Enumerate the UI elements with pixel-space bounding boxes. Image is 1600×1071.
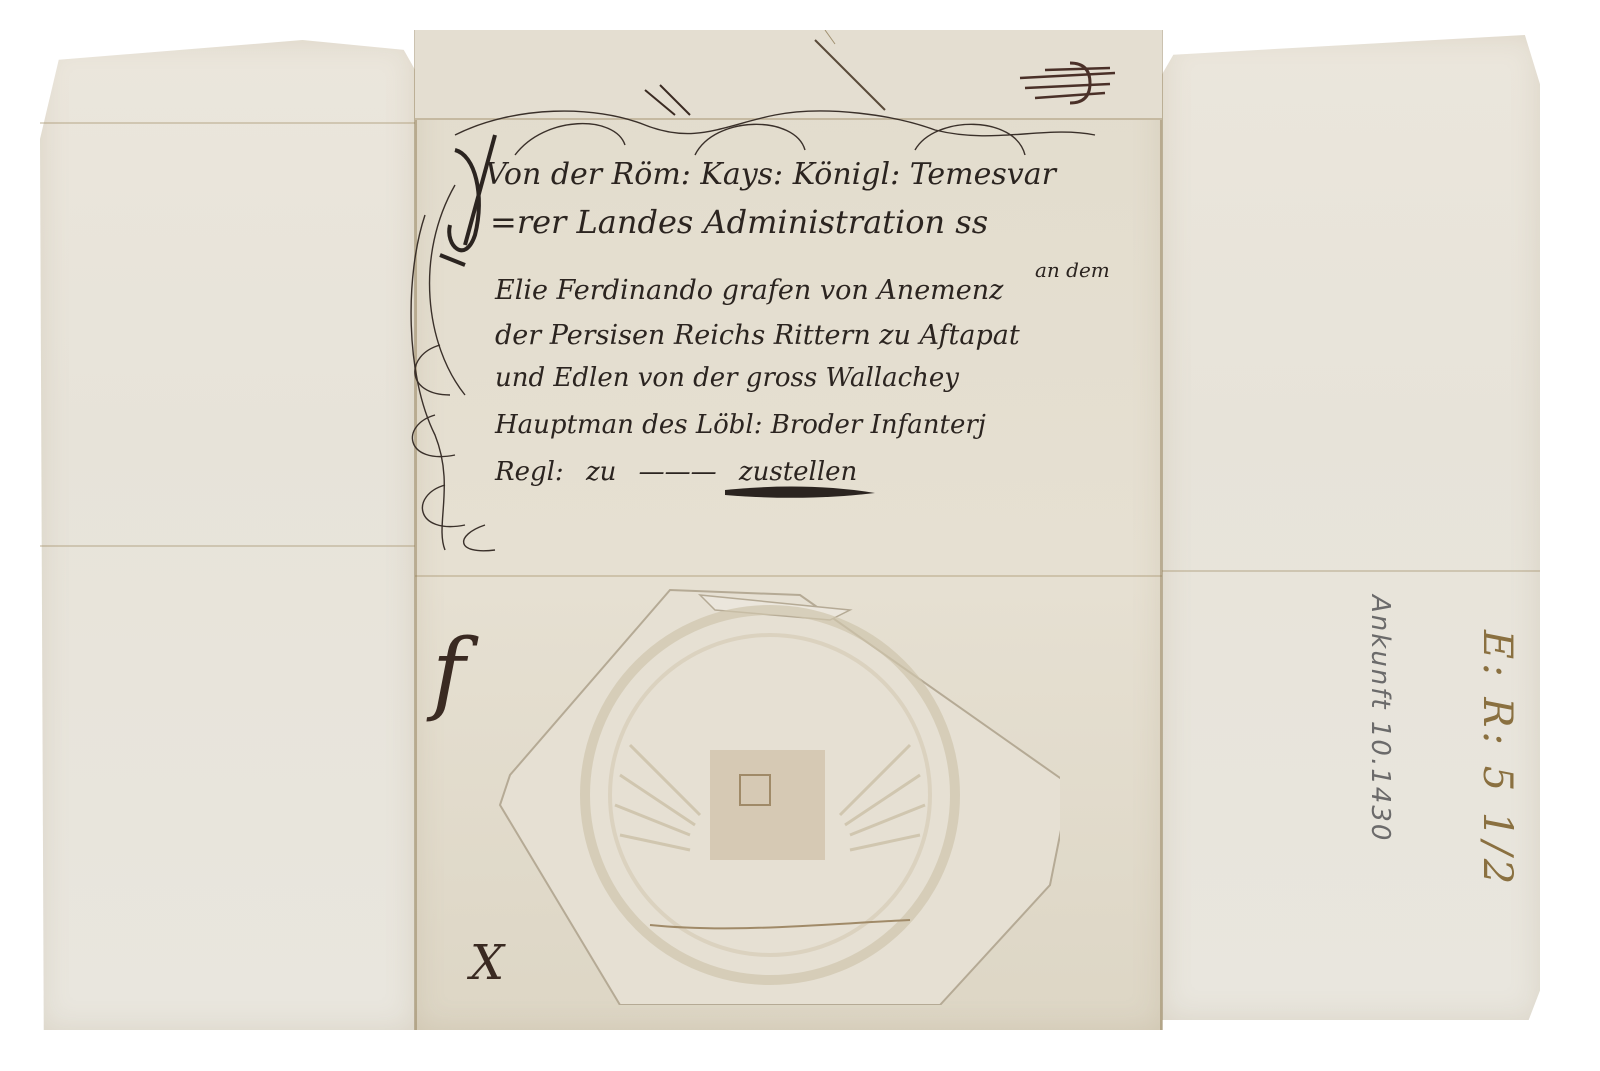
fold-line: [40, 122, 415, 124]
address-line-1: Von der Röm: Kays: Königl: Temesvar: [485, 157, 1056, 192]
ink-reference-note: E: R: 5 1/2: [1474, 630, 1520, 888]
address-line-4: der Persisen Reichs Rittern zu Aftapat: [495, 320, 1020, 351]
fold-line: [1162, 570, 1540, 572]
fold-line: [1160, 30, 1163, 1030]
address-line-7: Regl: zu ——— zustellen: [495, 457, 857, 487]
address-line-3: Elie Ferdinando grafen von Anemenz: [495, 275, 1003, 306]
fold-line: [40, 545, 415, 547]
address-block: Von der Röm: Kays: Königl: Temesvar =rer…: [395, 95, 1115, 555]
address-insertion: an dem: [1035, 258, 1110, 282]
pencil-note: Ankunft 10.1430: [1365, 595, 1395, 842]
paper-seal: [470, 565, 1060, 1005]
address-line-6: Hauptman des Löbl: Broder Infanterj: [495, 410, 986, 440]
address-line-5: und Edlen von der gross Wallachey: [495, 363, 959, 393]
margin-mark-f: f: [432, 620, 465, 725]
address-line-2: =rer Landes Administration ss: [490, 203, 988, 241]
left-panel: [40, 40, 415, 1030]
